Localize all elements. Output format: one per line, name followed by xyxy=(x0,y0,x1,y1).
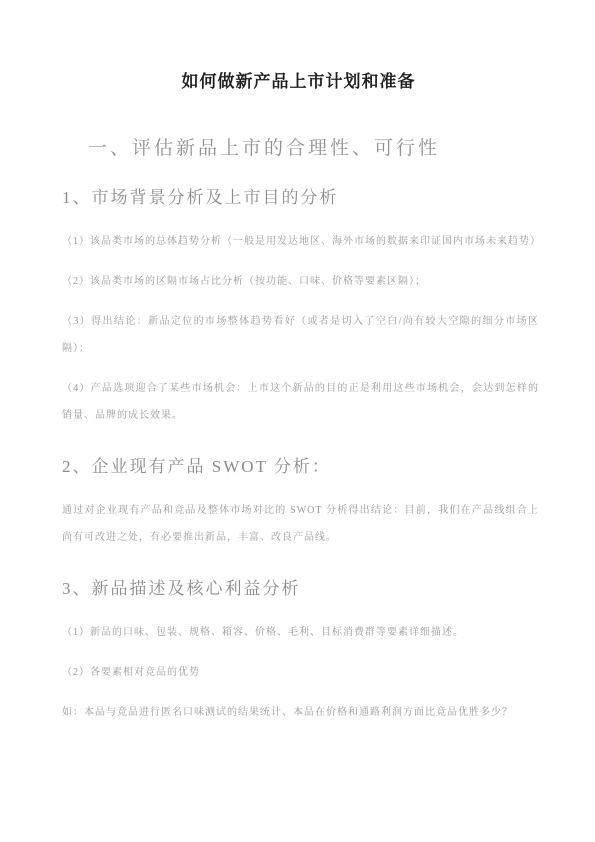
document-paragraph: 通过对企业现有产品和竞品及整体市场对比的 SWOT 分析得出结论：目前，我们在产… xyxy=(62,497,539,551)
document-paragraph: （1）该品类市场的总体趋势分析（一般是用发达地区、海外市场的数据来印证国内市场未… xyxy=(62,228,539,255)
document-paragraph: （3）得出结论：新品定位的市场整体趋势看好（或者是切入了空白/尚有较大空隙的细分… xyxy=(62,308,539,362)
document-section-heading: 一、评估新品上市的合理性、可行性 xyxy=(88,138,539,160)
document-section-heading: 1、市场背景分析及上市目的分析 xyxy=(62,188,539,208)
document-body: 一、评估新品上市的合理性、可行性1、市场背景分析及上市目的分析（1）该品类市场的… xyxy=(58,138,539,726)
document-paragraph: （2）该品类市场的区隔市场占比分析（按功能、口味、价格等要素区隔）； xyxy=(62,268,539,295)
document-paragraph: 如：本品与竞品进行匿名口味测试的结果统计、本品在价格和通路利润方面比竞品优胜多少… xyxy=(62,699,539,726)
document-paragraph: （4）产品选项迎合了某些市场机会：上市这个新品的目的正是利用这些市场机会，会达到… xyxy=(62,375,539,429)
document-section-heading: 2、企业现有产品 SWOT 分析： xyxy=(62,457,539,477)
document-paragraph: （2）各要素相对竞品的优势 xyxy=(62,659,539,686)
document-section-heading: 3、新品描述及核心利益分析 xyxy=(62,579,539,599)
document-page: 如何做新产品上市计划和准备 一、评估新品上市的合理性、可行性1、市场背景分析及上… xyxy=(0,0,595,842)
document-paragraph: （1）新品的口味、包装、规格、箱容、价格、毛利、目标消费群等要素详细描述。 xyxy=(62,619,539,646)
document-title: 如何做新产品上市计划和准备 xyxy=(58,72,539,92)
